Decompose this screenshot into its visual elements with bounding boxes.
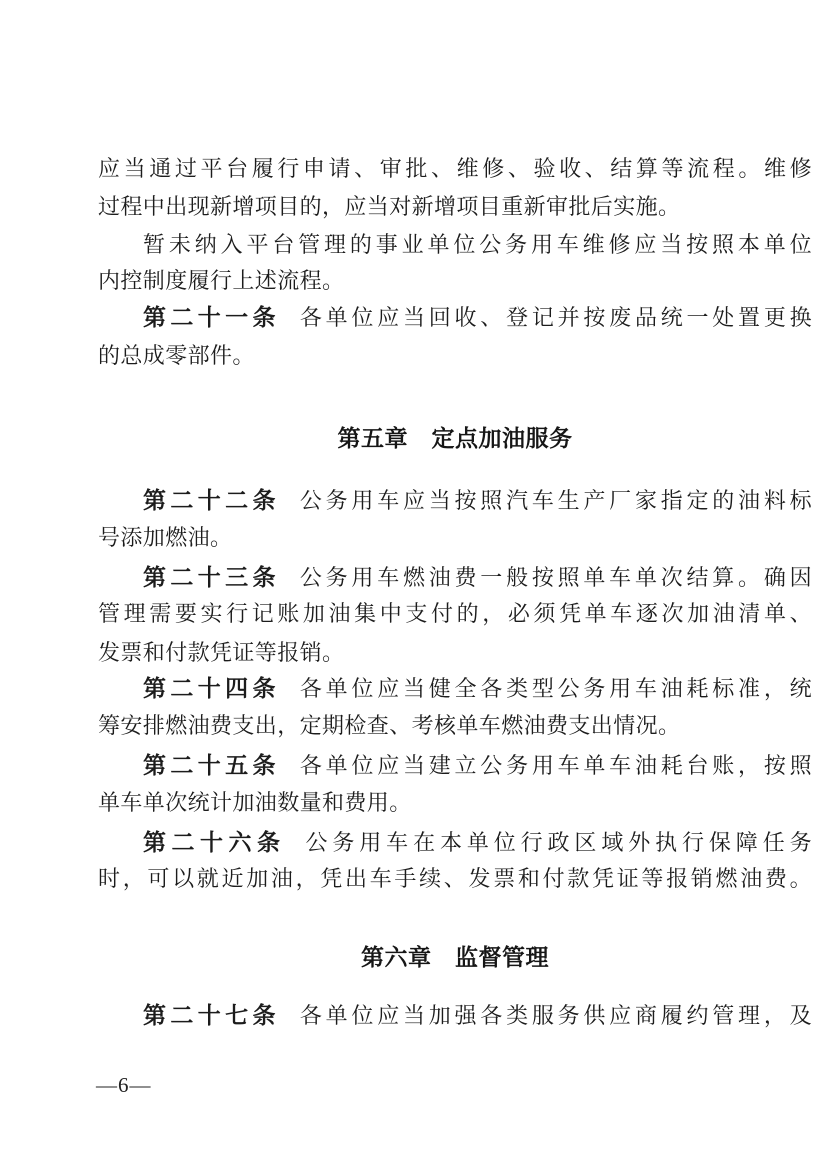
chapter-heading: 第五章 定点加油服务 — [98, 420, 812, 453]
article-number: 第二十三条 — [143, 565, 280, 591]
article-number: 第二十七条 — [143, 1003, 280, 1029]
body-text-line: 应当通过平台履行申请、审批、维修、验收、结算等流程。维修 — [98, 155, 812, 183]
document-page: 应当通过平台履行申请、审批、维修、验收、结算等流程。维修 过程中出现新增项目的，… — [0, 0, 826, 1169]
body-text-line: 号添加燃油。 — [98, 524, 812, 552]
article-text: 各单位应当健全各类型公务用车油耗标准，统 — [300, 676, 812, 701]
body-text-line: 第二十四条各单位应当健全各类型公务用车油耗标准，统 — [98, 675, 812, 704]
body-text-line: 时，可以就近加油，凭出车手续、发票和付款凭证等报销燃油费。 — [98, 865, 812, 893]
body-text-line: 筹安排燃油费支出，定期检查、考核单车燃油费支出情况。 — [98, 712, 812, 740]
body-text-line: 第二十七条各单位应当加强各类服务供应商履约管理，及 — [98, 1002, 812, 1031]
body-text-line: 第二十五条各单位应当建立公务用车单车油耗台账，按照 — [98, 752, 812, 781]
body-text-line: 第二十一条各单位应当回收、登记并按废品统一处置更换 — [98, 304, 812, 333]
article-number: 第二十二条 — [143, 488, 280, 514]
article-number: 第二十一条 — [143, 305, 280, 331]
body-text-line: 管理需要实行记账加油集中支付的，必须凭单车逐次加油清单、 — [98, 600, 812, 628]
article-text: 公务用车应当按照汽车生产厂家指定的油料标 — [300, 488, 812, 513]
page-number: —6— — [96, 1073, 152, 1098]
body-text-line: 第二十六条公务用车在本单位行政区域外执行保障任务 — [98, 829, 812, 858]
article-number: 第二十六条 — [143, 830, 285, 856]
article-text: 公务用车在本单位行政区域外执行保障任务 — [305, 830, 812, 855]
chapter-heading: 第六章 监督管理 — [98, 939, 812, 972]
article-text: 各单位应当建立公务用车单车油耗台账，按照 — [300, 753, 812, 778]
body-text-line: 第二十三条公务用车燃油费一般按照单车单次结算。确因 — [98, 564, 812, 593]
body-text-line: 过程中出现新增项目的，应当对新增项目重新审批后实施。 — [98, 193, 812, 221]
body-text-line: 内控制度履行上述流程。 — [98, 267, 812, 295]
article-text: 各单位应当加强各类服务供应商履约管理，及 — [300, 1003, 812, 1028]
body-text-line: 发票和付款凭证等报销。 — [98, 639, 812, 667]
article-number: 第二十五条 — [143, 753, 280, 779]
body-text-line: 单车单次统计加油数量和费用。 — [98, 789, 812, 817]
article-text: 公务用车燃油费一般按照单车单次结算。确因 — [300, 565, 812, 590]
body-text-line: 第二十二条公务用车应当按照汽车生产厂家指定的油料标 — [98, 487, 812, 516]
article-number: 第二十四条 — [143, 676, 280, 702]
article-text: 各单位应当回收、登记并按废品统一处置更换 — [300, 305, 812, 330]
body-text-line: 暂未纳入平台管理的事业单位公务用车维修应当按照本单位 — [98, 231, 812, 259]
body-text-line: 的总成零部件。 — [98, 342, 812, 370]
